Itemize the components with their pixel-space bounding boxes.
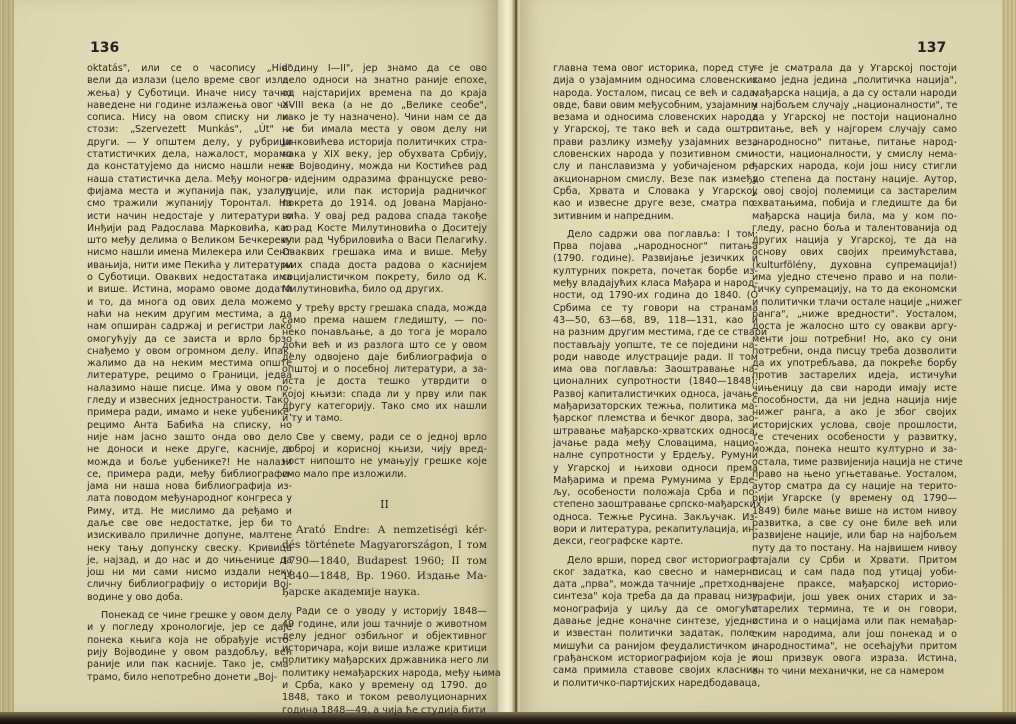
text-line: тичку супремацију, на то да економски <box>752 284 957 296</box>
text-line: јачање рада међу Словацима, нацио- <box>553 438 758 450</box>
text-line: примера ради, имамо и неке уџбенике, <box>87 407 292 419</box>
text-line: општој и о посебној литератури, а за- <box>282 364 487 376</box>
text-line: и рад Косте Милутиновића о Доситеју <box>282 223 487 235</box>
text-line: раније или пак касније. Тако је, сма- <box>87 659 292 671</box>
text-line: литературе, рецимо о Граници, једва <box>87 370 292 382</box>
text-line: ског задатка, као свесно и намерно <box>553 567 758 579</box>
text-line: „народностима", не осећајући притом <box>752 641 957 653</box>
text-line: историчара, који више излаже критици <box>282 643 487 655</box>
text-line: те је сматрала да у Угарској постоји <box>752 63 957 75</box>
text-line: „народносно" питање, питање народ- <box>752 137 957 149</box>
text-line: 49 године, или још тачније о животном <box>282 619 487 631</box>
text-line: ност нипошто не умањују грешке које <box>282 456 487 468</box>
text-line: социјалистичком покрету, било од К. <box>282 272 487 284</box>
text-line: можда, понека нешто културно и за- <box>752 444 957 456</box>
text-line: омогућују да се заиста и врло брзо <box>87 334 292 346</box>
text-line: декси, географске карте. <box>553 536 758 548</box>
text-line: словенских народа у позитивном сми- <box>553 149 758 161</box>
text-line: не би имала места у овом делу ни <box>282 124 487 136</box>
text-line: синтеза" која треба да да правац низу <box>553 591 758 603</box>
text-line: дело односи на знатно раније епохе, <box>282 75 487 87</box>
text-line: изискивало приличне допуне, малтене <box>87 530 292 542</box>
text-line: до степена да постану нације. Аутор, <box>752 174 957 186</box>
text-line: трамо, било непотребно донети „Вој- <box>87 672 292 684</box>
paragraph: Све у свему, ради се о једној врлодоброј… <box>282 432 487 481</box>
text-line: роди наводе илустрације ради. II том <box>553 352 758 364</box>
text-line: старелих термина, те и он говори, <box>752 604 957 616</box>
text-line: покрета до 1914. од Јована Марјано- <box>282 198 487 210</box>
text-line: путу да то постану. На највишем нивоу <box>752 543 957 555</box>
text-line: понека књига која не обрађује исто- <box>87 635 292 647</box>
text-line: јама ни наша нова библиографија из- <box>87 481 292 493</box>
text-line: везама и односима словенских народа <box>553 112 758 124</box>
text-line: против застарелих идеја, истичући <box>752 370 957 382</box>
text-line: доста је жалосно што су овакви аргу- <box>752 321 957 333</box>
text-line: као и извесне друге везе, сматра по- <box>553 198 758 210</box>
text-line: политику мађарских државника него ли <box>282 655 487 667</box>
text-line: у Угарској, те тако већ и сада оштро <box>553 124 758 136</box>
text-line: водину I—II", јер знамо да се ово <box>282 63 487 75</box>
text-line: међу владајућих класа Мађара и народ- <box>553 278 758 290</box>
text-line: 43—50, 63—68, 89, 118—131, као и <box>553 315 758 327</box>
text-line: и политички тлачи остале нације „нижег <box>752 297 957 309</box>
text-line: жалимо да на неким местима опште <box>87 358 292 370</box>
text-line: Ради се о уводу у историју 1848— <box>282 606 487 618</box>
paragraph: У трећу врсту грешака спада, мождасамо п… <box>282 303 487 426</box>
text-line: и више. Истина, морамо овоме додати <box>87 284 292 296</box>
paragraph: Ради се о уводу у историју 1848—49 годин… <box>282 606 487 717</box>
text-line: сама примила ставове својих класних <box>553 665 758 677</box>
text-line: даље све ове недостатке, јер би то <box>87 518 292 530</box>
text-line: има ова поглавља: Заоштравање на- <box>553 364 758 376</box>
text-line: неку тању допунску свеску. Кривица <box>87 543 292 555</box>
text-line: којој књизи: спада ли у прву или пак <box>282 389 487 401</box>
text-line: само према нашем гледишту, — по- <box>282 315 487 327</box>
text-line: те стечених особености у развитку, <box>752 432 957 444</box>
text-line: и Срба, како у времену од 1790. до <box>282 680 487 692</box>
text-line: остала, тиме развијенија нација не стиче <box>752 457 957 469</box>
text-line: иста је доста тешко утврдити о <box>282 376 487 388</box>
text-line: мађарска нација била, ма у ком по- <box>752 211 957 223</box>
text-line: наша статистичка дела. Међу моногра- <box>87 174 292 186</box>
text-line: ивањија, нити име Пекића у литератури <box>87 260 292 272</box>
text-line: и ту и тамо. <box>282 413 487 425</box>
text-line: наведене ни године излажења овог ча- <box>87 100 292 112</box>
text-line: (1790. године). Развијање језичких и <box>553 253 758 265</box>
text-line: њих спада доста радова о каснијем <box>282 260 487 272</box>
text-line: ности, од 1790-их година до 1840. (О <box>553 290 758 302</box>
text-line: на разним другим местима, где се ствари <box>553 327 758 339</box>
text-line: нижег ранга, а ако је због својих <box>752 407 957 419</box>
text-line: народа. Уосталом, писац се већ и сада, <box>553 88 758 100</box>
text-line: смо мало пре изложили. <box>282 469 487 481</box>
text-line: да констатујемо да нисмо нашли нека <box>87 161 292 173</box>
text-line: се, примера ради, међу библиографи- <box>87 469 292 481</box>
text-line: 1840—1848, Bp. 1960. Издање Ма- <box>282 569 487 585</box>
book-spread: 136 137 oktatás", или се о часопису „Hid… <box>0 0 1016 724</box>
text-line: схватањима, побија и гледиште да би <box>752 198 957 210</box>
text-line: у најбољем случају „националности", те <box>752 100 957 112</box>
text-line: ђарског племства и бечког двора, зао- <box>553 413 758 425</box>
text-line: грађанском историографијом која је и <box>553 653 758 665</box>
section-heading: II <box>282 499 487 513</box>
text-line: како је ту назначено). Чини нам се да <box>282 112 487 124</box>
text-line: стози: „Szervezett Munkás", „Út" и <box>87 124 292 136</box>
text-line: и известан политички задатак, поле- <box>553 628 758 640</box>
text-line: вори и литература, рекапитулација, ин- <box>553 524 758 536</box>
text-line: ности, националности, у смислу нема- <box>752 149 957 161</box>
page-number-left: 136 <box>90 40 119 56</box>
text-line: основу ових својих преимућстава, <box>752 247 957 259</box>
text-line: водине у ово доба. <box>87 592 292 604</box>
text-line: степено заоштравање српско-мађарских <box>553 499 758 511</box>
text-line: (kulturfölény, духовна супремација!) <box>752 260 957 272</box>
text-line: рији Угарске (у времену од 1790— <box>752 493 957 505</box>
column-4: те је сматрала да у Угарској постојисамо… <box>752 63 957 678</box>
text-line: oktatás", или се о часопису „Hid" <box>87 63 292 75</box>
book-bottom-edge <box>0 712 1016 724</box>
text-line: 1790—1840, Budapest 1960; II том <box>282 554 487 570</box>
text-line: Понекад се чине грешке у овом делу <box>87 610 292 622</box>
paragraph: главна тема овог историка, поред сту-диј… <box>553 63 758 223</box>
text-line: ранга", „ниже вредности". Уосталом, <box>752 309 957 321</box>
text-line: он то чини механички, не са намером <box>752 666 957 678</box>
column-1: oktatás", или се о часопису „Hid"вели да… <box>87 63 292 684</box>
text-line: акционарном смислу. Везе пак између <box>553 174 758 186</box>
right-page-stack-edge <box>1002 0 1016 712</box>
text-line: нам опширан садржај и регистри лако <box>87 321 292 333</box>
text-line: 1848, тако и током револуционарних <box>282 692 487 704</box>
page-number-right: 137 <box>917 40 946 56</box>
text-line: о идејним одразима француске рево- <box>282 174 487 186</box>
text-line: графији, још увек оних старих и за- <box>752 592 957 604</box>
text-line: другу категорију. Тако смо их нашли <box>282 401 487 413</box>
text-line: да их употребљава, да покреће борбу <box>752 358 957 370</box>
text-line: чињеницу да сви народи имају исте <box>752 383 957 395</box>
text-line: о Суботици. Оваквих недостатака има <box>87 272 292 284</box>
text-line: рецимо Анта Бабића на списку, но <box>87 420 292 432</box>
text-line: још ни ми сами нисмо издали неку <box>87 567 292 579</box>
text-line: и то, да многа од ових дела можемо <box>87 297 292 309</box>
text-line: Милутиновића, било од других. <box>282 284 487 296</box>
text-line: делу једног озбиљног и објективног <box>282 631 487 643</box>
text-line: вели да излази (цело време свог изла- <box>87 75 292 87</box>
text-line: дата „прва", можда тачније „претходна <box>553 579 758 591</box>
text-line: мађарска нација, а да су остали народи <box>752 88 957 100</box>
text-line: истина и о нацијама или пак немађар- <box>752 616 957 628</box>
column-3: главна тема овог историка, поред сту-диј… <box>553 63 758 690</box>
paragraph: oktatás", или се о часопису „Hid"вели да… <box>87 63 292 604</box>
text-line: слу и панславизма у уобичајеном ре- <box>553 161 758 173</box>
text-line: Срба, Хрвата и Словака у Угарској, <box>553 186 758 198</box>
book-reference: Arató Endre: A nemzetiségi kér-dés törté… <box>282 523 487 601</box>
text-line: монографија у циљу да се омогући <box>553 604 758 616</box>
text-line: питање, већ у најгорем случају само <box>752 124 957 136</box>
text-line: ционалних супротности (1840—1848): <box>553 376 758 388</box>
text-line: што међу делима о Великом Бечкереку <box>87 235 292 247</box>
text-line: стајали су Срби и Хрвати. Притом <box>752 555 957 567</box>
text-line: смо тражили жупанију Торонтал. На <box>87 198 292 210</box>
text-line: ђарских народа, који још нису стигли <box>752 161 957 173</box>
text-line: само једна једина „политичка нација", <box>752 75 957 87</box>
text-line: има уједно стечено право и на поли- <box>752 272 957 284</box>
text-line: нака у XIX веку, јер обухвата Србију, <box>282 149 487 161</box>
text-line: налазимо наше писце. Има у овом по- <box>87 383 292 395</box>
text-line: dés története Magyarországon, I том <box>282 538 487 554</box>
text-line: луције, или пак историја радничког <box>282 186 487 198</box>
text-line: у овој својој полемици са застарелим <box>752 186 957 198</box>
paragraph: те је сматрала да у Угарској постојисамо… <box>752 63 957 678</box>
text-line: главна тема овог историка, поред сту- <box>553 63 758 75</box>
text-line: не доноси и неке друге, касније, а <box>87 444 292 456</box>
text-line: можда и боље уџбенике?! Не налази <box>87 457 292 469</box>
text-line: ским народима, али још понекад и о <box>752 629 957 641</box>
text-line: развитка, а све су оне биле већ или <box>752 518 957 530</box>
paragraph: Понекад се чине грешке у овом делуи у по… <box>87 610 292 684</box>
text-line: Риму, итд. Не мислимо да ређамо и <box>87 506 292 518</box>
text-line: потребни, онда писцу треба дозволити <box>752 346 957 358</box>
text-line: давање једне коначне синтезе, уједно <box>553 616 758 628</box>
text-line: способности, да ни једна нација није <box>752 395 957 407</box>
text-line: других нација у Угарској, те да на <box>752 235 957 247</box>
text-line: нисмо нашли имена Милекера или Сент- <box>87 247 292 259</box>
text-line: фијама места и жупанија пак, узалуд <box>87 186 292 198</box>
text-line: није нам јасно зашто онда ово дело <box>87 432 292 444</box>
text-line: сличну библиографију о историји Вој- <box>87 579 292 591</box>
text-line: жења) у Суботици. Иначе нису тачно <box>87 88 292 100</box>
text-line: Arató Endre: A nemzetiségi kér- <box>282 523 487 539</box>
text-line: Прва појава „народносног" питања <box>553 241 758 253</box>
text-line: Развој капиталистичких односа, јачање <box>553 389 758 401</box>
book-gutter <box>498 0 520 712</box>
text-line: културних покрета, почетак борбе из- <box>553 266 758 278</box>
column-2: водину I—II", јер знамо да се оводело од… <box>282 63 487 717</box>
text-line: делу одвојено даје библиографија о <box>282 352 487 364</box>
text-line: наћи на неким другим местима, а да <box>87 309 292 321</box>
text-line: Инђији рад Радослава Марковића, као <box>87 223 292 235</box>
text-line: штравање мађарско-хрватских односа, <box>553 426 758 438</box>
text-line: Дело садржи ова поглавља: I том: <box>553 229 758 241</box>
paragraph: Дело врши, поред свог историографског за… <box>553 555 758 690</box>
text-line: право на њено угњетавање. Уосталом, <box>752 469 957 481</box>
text-line: политику немађарских народа, међу њима <box>282 668 487 680</box>
text-line: љу, особености положаја Срба и по- <box>553 487 758 499</box>
text-line: да у Угарској не постоји национално <box>752 112 957 124</box>
text-line: или рад Чубриловића о Васи Пелагићу. <box>282 235 487 247</box>
text-line: година 1848—49, а чија ће студија бити <box>282 705 487 717</box>
text-line: чајене праксе, мађарској историо- <box>752 579 957 591</box>
text-line: односа. Тежње Русина. Закључак. Из- <box>553 512 758 524</box>
text-line: други. — У општем делу, у рубрици <box>87 137 292 149</box>
text-line: XVIII века (а не до „Велике сеобе", <box>282 100 487 112</box>
text-line: статистичких дела, нажалост, морамо <box>87 149 292 161</box>
text-line: мађаризаторских тежња, политика ма- <box>553 401 758 413</box>
text-line: доћи већ и из разлога што се у овом <box>282 340 487 352</box>
text-line: гледу, расно боља и талентованија од <box>752 223 957 235</box>
text-line: развијене нације, или бар на најбољем <box>752 530 957 542</box>
text-line: Све у свему, ради се о једној врло <box>282 432 487 444</box>
text-line: прави разлику између узајамних веза <box>553 137 758 149</box>
text-line: лош призвук овога израза. Истина, <box>752 653 957 665</box>
text-line: постављају уопште, те се поједини на- <box>553 340 758 352</box>
text-line: аутор сматра да су нације на терито- <box>752 481 957 493</box>
paragraph: Дело садржи ова поглавља: I том:Прва пој… <box>553 229 758 549</box>
text-line: Оваквих грешака има и више. Међу <box>282 247 487 259</box>
text-line: Мађарима и према Румунима у Ерде- <box>553 475 758 487</box>
text-line: не Војводину, можда ни Костићев рад <box>282 161 487 173</box>
text-line: овде, бави овим међусобним, узајамним <box>553 100 758 112</box>
text-line: рију Војводине у овом раздобљу, већ <box>87 647 292 659</box>
text-line: менти још потребни! Но, ако су они <box>752 334 957 346</box>
text-line: лата поводом међународног конгреса у <box>87 493 292 505</box>
text-line: снађемо у овом огромном делу. Ипак, <box>87 346 292 358</box>
text-line: 1849) биле мање више на истом нивоу <box>752 506 957 518</box>
text-line: гледу и извесних једностраности. Тако, <box>87 395 292 407</box>
text-line: вића. У овај ред радова спада такође <box>282 211 487 223</box>
text-line: исти начин недостаје у литератури о <box>87 211 292 223</box>
text-line: неко понављање, а до тога је морало <box>282 327 487 339</box>
text-line: је, најзад, и до нас и до чињенице да <box>87 555 292 567</box>
text-line: и у погледу хронологије, јер се даје <box>87 622 292 634</box>
text-line: Дело врши, поред свог историограф <box>553 555 758 567</box>
text-line: историјских услова, своје прошлости, <box>752 420 957 432</box>
text-line: зитивним и напредним. <box>553 211 758 223</box>
text-line: од најстаријих времена па до краја <box>282 88 487 100</box>
text-line: сописа. Нису на овом списку ни ли- <box>87 112 292 124</box>
text-line: дија о узајамним односима словенских <box>553 75 758 87</box>
text-line: Јанковићева историја политичких стра- <box>282 137 487 149</box>
paragraph: водину I—II", јер знамо да се оводело од… <box>282 63 487 297</box>
text-line: ђарске академије наука. <box>282 585 487 601</box>
text-line: у Угарској и њихови односи према <box>553 463 758 475</box>
text-line: и политичко-партијских наредбодаваца, <box>553 678 758 690</box>
text-line: писац и сам пада под утицај уоби- <box>752 567 957 579</box>
text-line: налне супротности у Ердељу, Румуни <box>553 450 758 462</box>
text-line: доброј и корисној књизи, чију вред- <box>282 444 487 456</box>
text-line: Србима се ту говори на странама <box>553 303 758 315</box>
text-line: У трећу врсту грешака спада, можда <box>282 303 487 315</box>
text-line: мишући са ранијом феудалистичком и <box>553 641 758 653</box>
